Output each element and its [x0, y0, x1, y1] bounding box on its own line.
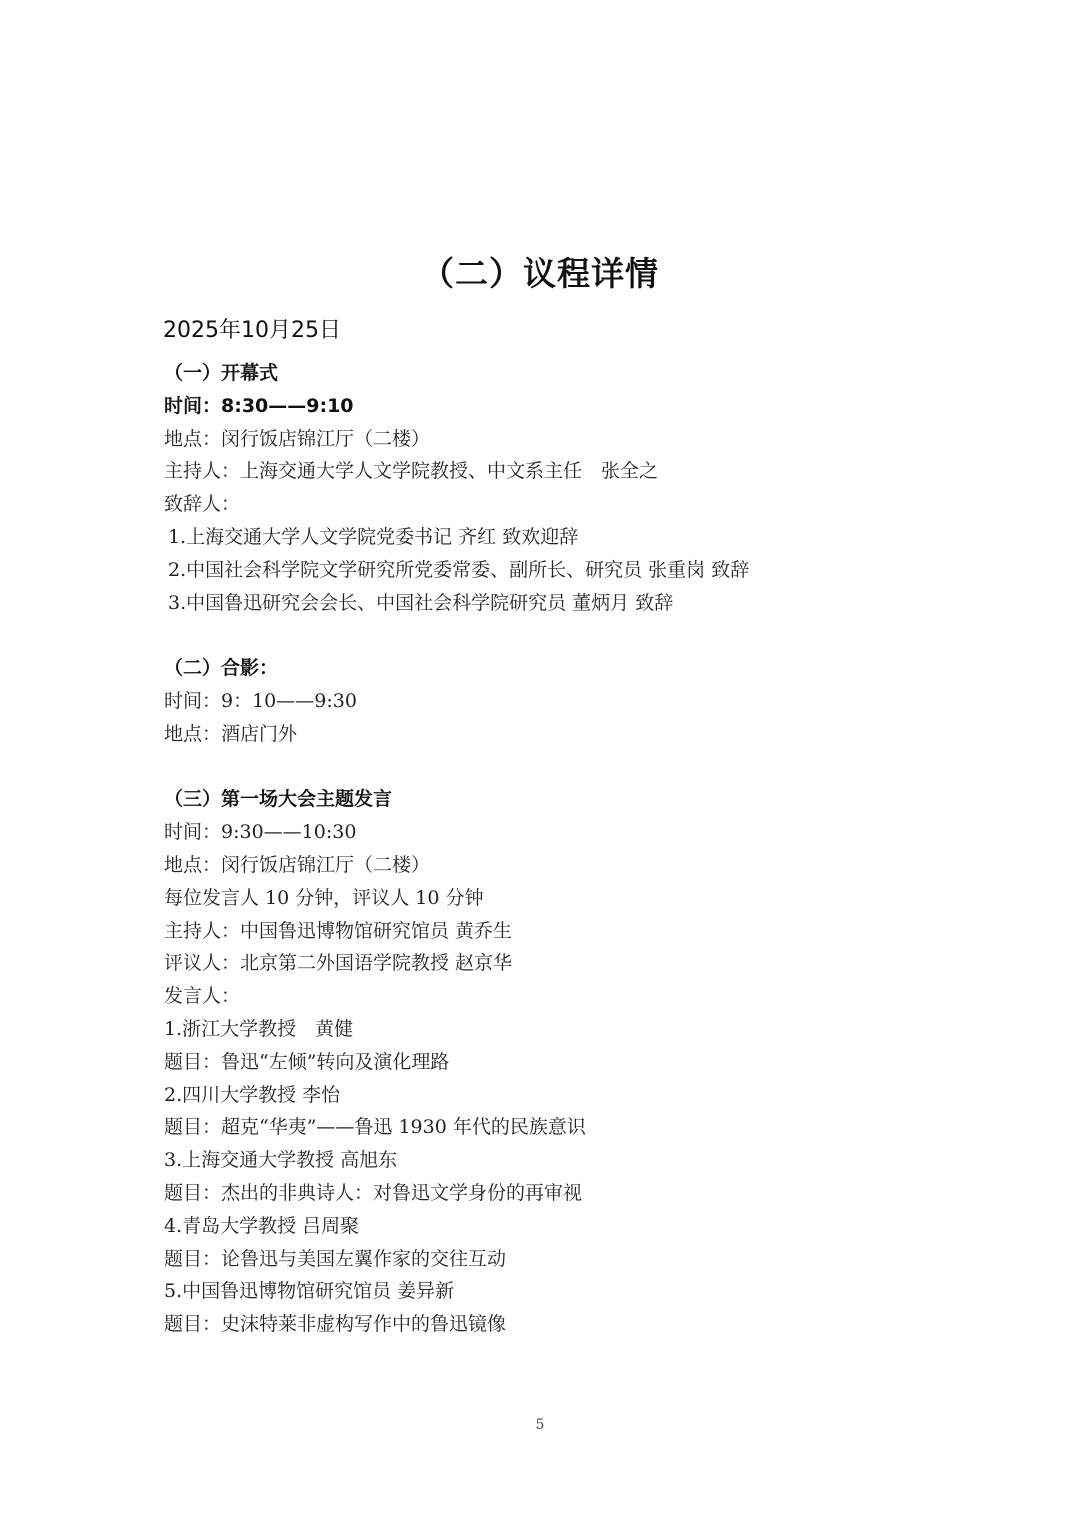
speaker-topic: 题目：史沫特莱非虚构写作中的鲁迅镜像 — [164, 1308, 984, 1341]
speaker-name: 1.浙江大学教授 黄健 — [164, 1013, 984, 1046]
document-page: （二）议程详情 2025年10月25日 （一）开幕式 时间：8:30——9:10… — [0, 0, 1080, 1529]
opening-speaker-item: 1.上海交通大学人文学院党委书记 齐红 致欢迎辞 — [164, 521, 984, 554]
speaker-name: 5.中国鲁迅博物馆研究馆员 姜异新 — [164, 1275, 984, 1308]
plenary1-host: 主持人：中国鲁迅博物馆研究馆员 黄乔生 — [164, 915, 984, 948]
section-spacer — [164, 751, 984, 784]
page-number: 5 — [0, 1417, 1080, 1433]
opening-speaker-item: 2.中国社会科学院文学研究所党委常委、副所长、研究员 张重岗 致辞 — [164, 554, 984, 587]
opening-host: 主持人：上海交通大学人文学院教授、中文系主任 张全之 — [164, 455, 984, 488]
speaker-topic: 题目：超克“华夷”——鲁迅 1930 年代的民族意识 — [164, 1111, 984, 1144]
plenary1-rules: 每位发言人 10 分钟，评议人 10 分钟 — [164, 882, 984, 915]
plenary1-time: 时间：9:30——10:30 — [164, 816, 984, 849]
plenary1-speakers-label: 发言人： — [164, 980, 984, 1013]
page-title: （二）议程详情 — [0, 248, 1080, 295]
speaker-topic: 题目：鲁迅“左倾”转向及演化理路 — [164, 1046, 984, 1079]
opening-speaker-item: 3.中国鲁迅研究会会长、中国社会科学院研究员 董炳月 致辞 — [164, 587, 984, 620]
section-spacer — [164, 619, 984, 652]
photo-time: 时间：9：10——9:30 — [164, 685, 984, 718]
speaker-name: 2.四川大学教授 李怡 — [164, 1079, 984, 1112]
speaker-topic: 题目：杰出的非典诗人：对鲁迅文学身份的再审视 — [164, 1177, 984, 1210]
plenary1-commentator: 评议人：北京第二外国语学院教授 赵京华 — [164, 947, 984, 980]
plenary1-location: 地点：闵行饭店锦江厅（二楼） — [164, 849, 984, 882]
photo-location: 地点：酒店门外 — [164, 718, 984, 751]
opening-speakers-label: 致辞人： — [164, 488, 984, 521]
agenda-date: 2025年10月25日 — [163, 313, 341, 344]
opening-location: 地点：闵行饭店锦江厅（二楼） — [164, 423, 984, 456]
speaker-name: 3.上海交通大学教授 高旭东 — [164, 1144, 984, 1177]
agenda-content: （一）开幕式 时间：8:30——9:10 地点：闵行饭店锦江厅（二楼） 主持人：… — [164, 357, 984, 1341]
speaker-name: 4.青岛大学教授 吕周聚 — [164, 1210, 984, 1243]
speaker-topic: 题目：论鲁迅与美国左翼作家的交往互动 — [164, 1243, 984, 1276]
section-heading-plenary1: （三）第一场大会主题发言 — [164, 783, 984, 816]
opening-time: 时间：8:30——9:10 — [164, 390, 984, 423]
section-heading-opening: （一）开幕式 — [164, 357, 984, 390]
section-heading-photo: （二）合影： — [164, 652, 984, 685]
